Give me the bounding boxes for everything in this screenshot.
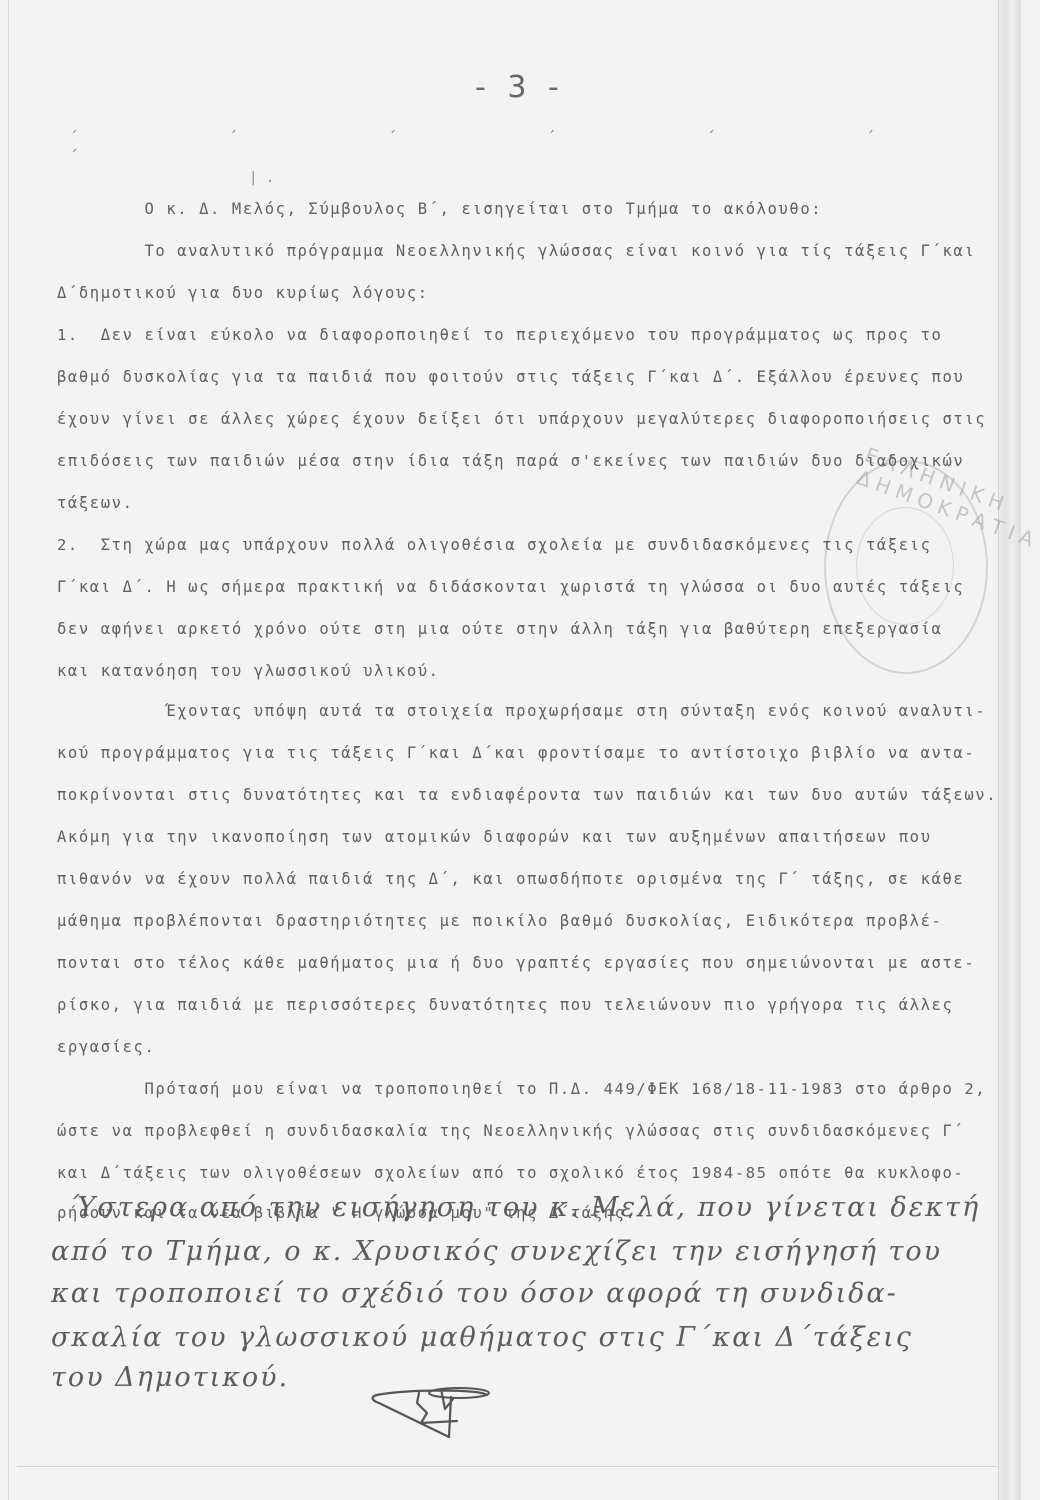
- signature: [369, 1375, 499, 1445]
- handwritten-line: του Δημοτικού.: [51, 1362, 289, 1393]
- handwritten-line: σκαλία του γλωσσικού μαθήματος στις Γ΄κα…: [51, 1322, 913, 1353]
- typed-line: Δ΄δημοτικού για δυο κυρίως λόγους:: [57, 284, 429, 302]
- handwritten-line: από το Τμήμα, ο κ. Χρυσικός συνεχίζει τη…: [51, 1236, 942, 1267]
- typed-line: ποκρίνονται στις δυνατότητες και τα ενδι…: [57, 786, 997, 804]
- page-number: - 3 -: [475, 70, 565, 105]
- typed-line: έχουν γίνει σε άλλες χώρες έχουν δείξει …: [57, 410, 986, 428]
- typed-line: ρίσκο, για παιδιά με περισσότερες δυνατό…: [57, 996, 953, 1014]
- document-page: - 3 - ´ ´ ´ ´ ´ ´ ´ | . ΕΛΛΗΝΙΚΗ ΔΗΜΟΚΡΑ…: [8, 0, 1021, 1500]
- typed-line: 2. Στη χώρα μας υπάρχουν πολλά ολιγοθέσι…: [57, 536, 932, 554]
- typed-line: Πρότασή μου είναι να τροποποιηθεί το Π.Δ…: [57, 1080, 986, 1098]
- stray-marks-2: | .: [249, 170, 274, 186]
- typed-line: Έχοντας υπόψη αυτά τα στοιχεία προχωρήσα…: [57, 702, 986, 720]
- stray-marks: ´ ´ ´ ´ ´ ´ ´: [69, 128, 969, 166]
- typed-line: επιδόσεις των παιδιών μέσα στην ίδια τάξ…: [57, 452, 964, 470]
- typed-line: πονται στο τέλος κάθε μαθήματος μια ή δυ…: [57, 954, 975, 972]
- typed-line: βαθμό δυσκολίας για τα παιδιά που φοιτού…: [57, 368, 964, 386]
- handwritten-line: Ύστερα από την εισήγηση του κ. Μελά, που…: [71, 1192, 980, 1223]
- typed-line: κού προγράμματος για τις τάξεις Γ΄και Δ΄…: [57, 744, 975, 762]
- typed-line: τάξεων.: [57, 494, 134, 512]
- typed-line: Ο κ. Δ. Μελός, Σύμβουλος Β΄, εισηγείται …: [57, 200, 822, 218]
- typed-line: μάθημα προβλέπονται δραστηριότητες με πο…: [57, 912, 942, 930]
- typed-line: και Δ΄τάξεις των ολιγοθέσεων σχολείων απ…: [57, 1164, 964, 1182]
- official-stamp: ΕΛΛΗΝΙΚΗ ΔΗΜΟΚΡΑΤΙΑ: [824, 460, 988, 674]
- typed-line: εργασίες.: [57, 1038, 155, 1056]
- typed-line: ώστε να προβλεφθεί η συνδιδασκαλία της Ν…: [57, 1122, 964, 1140]
- typed-line: Το αναλυτικό πρόγραμμα Νεοελληνικής γλώσ…: [57, 242, 975, 260]
- typed-line: πιθανόν να έχουν πολλά παιδιά της Δ΄, κα…: [57, 870, 964, 888]
- typed-line: 1. Δεν είναι εύκολο να διαφοροποιηθεί το…: [57, 326, 942, 344]
- page-edge: [998, 0, 1021, 1500]
- typed-line: Ακόμη για την ικανοποίηση των ατομικών δ…: [57, 828, 932, 846]
- page-fold-line: [17, 1466, 999, 1467]
- typed-line: Γ΄και Δ΄. Η ως σήμερα πρακτική να διδάσκ…: [57, 578, 964, 596]
- stamp-inner-ring: [856, 507, 954, 625]
- typed-line: δεν αφήνει αρκετό χρόνο ούτε στη μια ούτ…: [57, 620, 942, 638]
- handwritten-line: και τροποποιεί το σχέδιό του όσον αφορά …: [51, 1278, 898, 1309]
- typed-line: και κατανόηση του γλωσσικού υλικού.: [57, 662, 440, 680]
